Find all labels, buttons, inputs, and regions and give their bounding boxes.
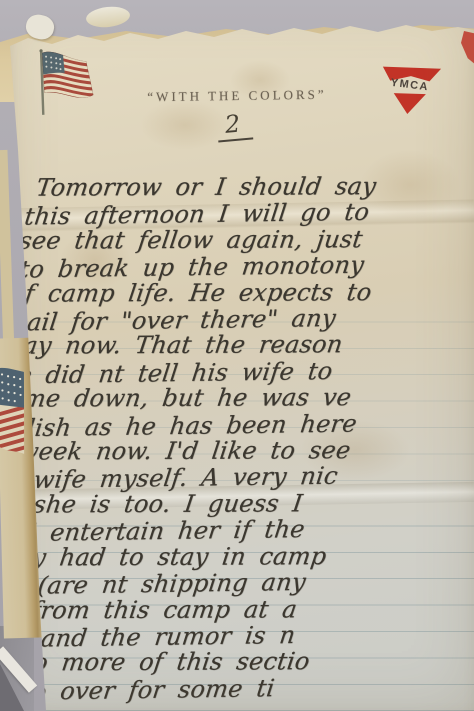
under-sheet-edge xyxy=(0,150,15,355)
letter-photo: “WITH THE COLORS” YMCA 2 Tomorrow or I s… xyxy=(0,0,474,711)
letter-page: “WITH THE COLORS” YMCA 2 Tomorrow or I s… xyxy=(0,0,474,711)
us-flag-partial-icon xyxy=(0,362,29,463)
paper-curl xyxy=(85,5,131,29)
sheet-vignette xyxy=(0,0,474,711)
